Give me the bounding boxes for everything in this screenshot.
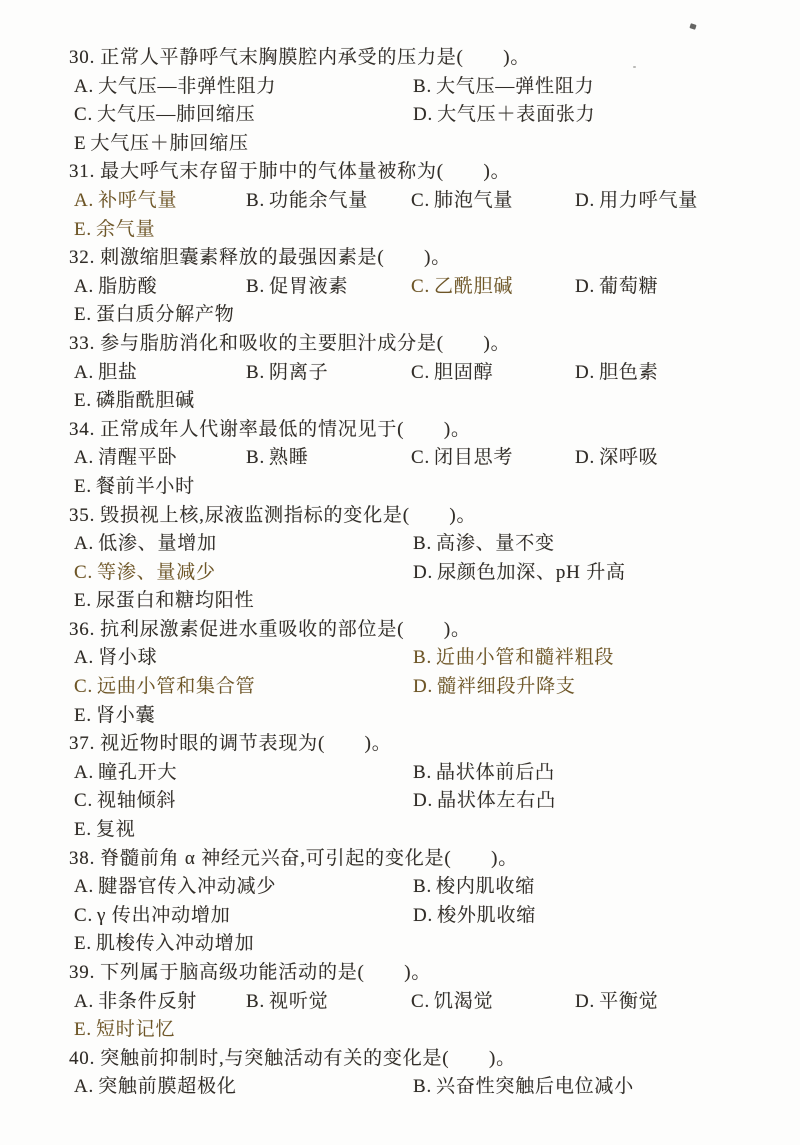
- option-text: 大气压—非弹性阻力: [98, 76, 276, 97]
- option-label: C.: [411, 447, 430, 468]
- question-number: 32.: [69, 247, 95, 268]
- option-text: 视轴倾斜: [97, 790, 176, 811]
- answer-option: A.脂肪酸: [74, 273, 157, 302]
- answer-option: C.肺泡气量: [411, 187, 513, 216]
- answer-option: A.低渗、量增加: [74, 530, 217, 559]
- option-row: E.蛋白质分解产物: [0, 301, 800, 330]
- answer-option: C.等渗、量减少: [74, 559, 216, 588]
- answer-option: C.γ 传出冲动增加: [74, 902, 231, 931]
- answer-option: E.肾小囊: [74, 702, 155, 731]
- question-stem: 33.参与脂肪消化和吸收的主要胆汁成分是( )。: [69, 330, 510, 359]
- option-label: D.: [413, 104, 433, 125]
- question-number: 38.: [69, 848, 95, 869]
- option-label: B.: [413, 762, 432, 783]
- answer-option: B.高渗、量不变: [413, 530, 555, 559]
- option-text: 尿颜色加深、pH 升高: [437, 562, 626, 583]
- question-text: 正常成年人代谢率最低的情况见于( )。: [100, 419, 471, 440]
- answer-option: C.乙酰胆碱: [411, 273, 513, 302]
- option-row: A.胆盐B.阴离子C.胆固醇D.胆色素: [0, 359, 800, 388]
- option-text: 闭目思考: [434, 447, 513, 468]
- question-stem: 38.脊髓前角 α 神经元兴奋,可引起的变化是( )。: [69, 845, 518, 874]
- option-label: A.: [74, 276, 94, 297]
- option-text: 胆色素: [599, 362, 658, 383]
- option-text: 用力呼气量: [599, 190, 698, 211]
- option-row: A.肾小球B.近曲小管和髓袢粗段: [0, 644, 800, 673]
- question-stem: 36.抗利尿激素促进水重吸收的部位是( )。: [69, 616, 471, 645]
- answer-option: E.余气量: [74, 216, 155, 245]
- question-text: 毁损视上核,尿液监测指标的变化是( )。: [100, 505, 476, 526]
- option-text: 磷脂酰胆碱: [96, 390, 195, 411]
- question-line: 36.抗利尿激素促进水重吸收的部位是( )。: [0, 616, 800, 645]
- option-text: 晶状体左右凸: [437, 790, 556, 811]
- option-text: 阴离子: [269, 362, 328, 383]
- option-text: 瞳孔开大: [98, 762, 177, 783]
- option-row: A.瞳孔开大B.晶状体前后凸: [0, 759, 800, 788]
- answer-option: C.胆固醇: [411, 359, 493, 388]
- answer-option: E.尿蛋白和糖均阳性: [74, 587, 254, 616]
- answer-option: B.阴离子: [246, 359, 328, 388]
- option-label: E.: [74, 933, 92, 954]
- question-text: 脊髓前角 α 神经元兴奋,可引起的变化是( )。: [100, 848, 518, 869]
- option-text: 梭内肌收缩: [436, 876, 535, 897]
- question-line: 33.参与脂肪消化和吸收的主要胆汁成分是( )。: [0, 330, 800, 359]
- option-text: 肾小球: [98, 647, 157, 668]
- option-row: A.脂肪酸B.促胃液素C.乙酰胆碱D.葡萄糖: [0, 273, 800, 302]
- option-row: A.清醒平卧B.熟睡C.闭目思考D.深呼吸: [0, 444, 800, 473]
- option-text: 短时记忆: [96, 1019, 175, 1040]
- answer-option: B.兴奋性突触后电位减小: [413, 1073, 634, 1102]
- option-text: 补呼气量: [98, 190, 177, 211]
- option-label: E: [74, 133, 86, 154]
- option-text: 余气量: [96, 219, 155, 240]
- option-text: 大气压＋表面张力: [437, 104, 595, 125]
- option-text: 近曲小管和髓袢粗段: [436, 647, 614, 668]
- option-label: B.: [246, 276, 265, 297]
- question-line: 40.突触前抑制时,与突触活动有关的变化是( )。: [0, 1045, 800, 1074]
- answer-option: A.腱器官传入冲动减少: [74, 873, 276, 902]
- option-label: D.: [413, 676, 433, 697]
- option-label: B.: [246, 362, 265, 383]
- option-label: C.: [411, 276, 430, 297]
- question-line: 34.正常成年人代谢率最低的情况见于( )。: [0, 416, 800, 445]
- option-text: 乙酰胆碱: [434, 276, 513, 297]
- option-row: E.肾小囊: [0, 702, 800, 731]
- question-text: 刺激缩胆囊素释放的最强因素是( )。: [100, 247, 451, 268]
- option-label: B.: [413, 1076, 432, 1097]
- option-label: A.: [74, 76, 94, 97]
- question-stem: 34.正常成年人代谢率最低的情况见于( )。: [69, 416, 471, 445]
- option-row: A.非条件反射B.视听觉C.饥渴觉D.平衡觉: [0, 988, 800, 1017]
- option-label: D.: [575, 447, 595, 468]
- option-text: 梭外肌收缩: [437, 905, 536, 926]
- answer-option: D.晶状体左右凸: [413, 787, 556, 816]
- option-text: 功能余气量: [269, 190, 368, 211]
- question-number: 33.: [69, 333, 95, 354]
- option-text: 低渗、量增加: [98, 533, 217, 554]
- answer-option: D.大气压＋表面张力: [413, 101, 595, 130]
- option-row: E.肌梭传入冲动增加: [0, 930, 800, 959]
- option-row: C.γ 传出冲动增加D.梭外肌收缩: [0, 902, 800, 931]
- option-row: A.突触前膜超极化B.兴奋性突触后电位减小: [0, 1073, 800, 1102]
- option-label: A.: [74, 447, 94, 468]
- option-label: B.: [246, 190, 265, 211]
- question-line: 30.正常人平静呼气末胸膜腔内承受的压力是( )。: [0, 44, 800, 73]
- option-text: 晶状体前后凸: [436, 762, 555, 783]
- answer-option: A.清醒平卧: [74, 444, 177, 473]
- option-text: 大气压—肺回缩压: [97, 104, 255, 125]
- answer-option: B.熟睡: [246, 444, 309, 473]
- option-label: D.: [575, 362, 595, 383]
- question-stem: 39.下列属于脑高级功能活动的是( )。: [69, 959, 431, 988]
- option-text: 蛋白质分解产物: [96, 304, 235, 325]
- option-label: C.: [74, 905, 93, 926]
- answer-option: C.闭目思考: [411, 444, 513, 473]
- question-line: 39.下列属于脑高级功能活动的是( )。: [0, 959, 800, 988]
- option-row: A.腱器官传入冲动减少B.梭内肌收缩: [0, 873, 800, 902]
- question-line: 37.视近物时眼的调节表现为( )。: [0, 730, 800, 759]
- option-text: 视听觉: [269, 991, 328, 1012]
- question-line: 35.毁损视上核,尿液监测指标的变化是( )。: [0, 502, 800, 531]
- option-text: 餐前半小时: [96, 476, 195, 497]
- question-stem: 31.最大呼气末存留于肺中的气体量被称为( )。: [69, 158, 510, 187]
- option-label: C.: [411, 991, 430, 1012]
- option-label: D.: [413, 905, 433, 926]
- question-number: 39.: [69, 962, 95, 983]
- option-label: B.: [413, 76, 432, 97]
- answer-option: D.髓袢细段升降支: [413, 673, 576, 702]
- option-row: E.复视: [0, 816, 800, 845]
- option-text: 突触前膜超极化: [98, 1076, 237, 1097]
- answer-option: A.补呼气量: [74, 187, 177, 216]
- question-text: 抗利尿激素促进水重吸收的部位是( )。: [100, 619, 471, 640]
- question-text: 视近物时眼的调节表现为( )。: [100, 733, 391, 754]
- option-text: 高渗、量不变: [436, 533, 555, 554]
- option-label: B.: [246, 991, 265, 1012]
- answer-option: B.近曲小管和髓袢粗段: [413, 644, 614, 673]
- option-text: 熟睡: [269, 447, 309, 468]
- option-label: E.: [74, 1019, 92, 1040]
- answer-option: A.突触前膜超极化: [74, 1073, 237, 1102]
- option-row: E.余气量: [0, 216, 800, 245]
- option-row: C.远曲小管和集合管D.髓袢细段升降支: [0, 673, 800, 702]
- option-text: 葡萄糖: [599, 276, 658, 297]
- option-label: B.: [413, 533, 432, 554]
- question-stem: 40.突触前抑制时,与突触活动有关的变化是( )。: [69, 1045, 516, 1074]
- option-row: A.低渗、量增加B.高渗、量不变: [0, 530, 800, 559]
- option-text: 髓袢细段升降支: [437, 676, 576, 697]
- option-text: 等渗、量减少: [97, 562, 216, 583]
- answer-option: C.饥渴觉: [411, 988, 493, 1017]
- question-line: 38.脊髓前角 α 神经元兴奋,可引起的变化是( )。: [0, 845, 800, 874]
- option-label: E.: [74, 304, 92, 325]
- option-text: 清醒平卧: [98, 447, 177, 468]
- answer-option: B.晶状体前后凸: [413, 759, 555, 788]
- answer-option: A.非条件反射: [74, 988, 197, 1017]
- answer-option: B.梭内肌收缩: [413, 873, 535, 902]
- option-label: A.: [74, 1076, 94, 1097]
- question-stem: 35.毁损视上核,尿液监测指标的变化是( )。: [69, 502, 476, 531]
- option-label: C.: [74, 104, 93, 125]
- option-label: D.: [413, 562, 433, 583]
- question-number: 30.: [69, 47, 95, 68]
- answer-option: E.餐前半小时: [74, 473, 195, 502]
- answer-option: D.深呼吸: [575, 444, 658, 473]
- answer-option: D.平衡觉: [575, 988, 658, 1017]
- option-text: 肌梭传入冲动增加: [96, 933, 254, 954]
- option-row: C.等渗、量减少D.尿颜色加深、pH 升高: [0, 559, 800, 588]
- question-number: 35.: [69, 505, 95, 526]
- option-label: E.: [74, 390, 92, 411]
- question-line: 31.最大呼气末存留于肺中的气体量被称为( )。: [0, 158, 800, 187]
- question-number: 34.: [69, 419, 95, 440]
- option-row: E.尿蛋白和糖均阳性: [0, 587, 800, 616]
- option-label: B.: [413, 647, 432, 668]
- option-label: C.: [74, 562, 93, 583]
- option-text: 兴奋性突触后电位减小: [436, 1076, 634, 1097]
- question-stem: 32.刺激缩胆囊素释放的最强因素是( )。: [69, 244, 451, 273]
- answer-option: E.肌梭传入冲动增加: [74, 930, 254, 959]
- option-text: 胆盐: [98, 362, 138, 383]
- answer-option: C.远曲小管和集合管: [74, 673, 255, 702]
- option-label: B.: [246, 447, 265, 468]
- question-text: 正常人平静呼气末胸膜腔内承受的压力是( )。: [100, 47, 530, 68]
- option-label: A.: [74, 362, 94, 383]
- scan-speck-artifact: [689, 23, 696, 30]
- option-label: D.: [575, 991, 595, 1012]
- option-row: E.餐前半小时: [0, 473, 800, 502]
- option-text: 非条件反射: [98, 991, 197, 1012]
- option-row: E.短时记忆: [0, 1016, 800, 1045]
- question-text: 最大呼气末存留于肺中的气体量被称为( )。: [100, 161, 510, 182]
- option-text: 促胃液素: [269, 276, 348, 297]
- option-label: A.: [74, 991, 94, 1012]
- option-label: E.: [74, 819, 92, 840]
- option-row: C.大气压—肺回缩压D.大气压＋表面张力: [0, 101, 800, 130]
- option-row: A.大气压—非弹性阻力B.大气压—弹性阻力: [0, 73, 800, 102]
- option-text: 尿蛋白和糖均阳性: [96, 590, 254, 611]
- option-label: A.: [74, 533, 94, 554]
- question-number: 36.: [69, 619, 95, 640]
- answer-option: B.功能余气量: [246, 187, 368, 216]
- option-label: C.: [411, 190, 430, 211]
- answer-option: C.大气压—肺回缩压: [74, 101, 255, 130]
- option-label: C.: [74, 676, 93, 697]
- option-text: 平衡觉: [599, 991, 658, 1012]
- option-text: 饥渴觉: [434, 991, 493, 1012]
- option-text: 脂肪酸: [98, 276, 157, 297]
- answer-option: A.肾小球: [74, 644, 157, 673]
- question-line: 32.刺激缩胆囊素释放的最强因素是( )。: [0, 244, 800, 273]
- answer-option: B.大气压—弹性阻力: [413, 73, 594, 102]
- option-label: B.: [413, 876, 432, 897]
- option-label: E.: [74, 590, 92, 611]
- answer-option: D.梭外肌收缩: [413, 902, 536, 931]
- option-label: D.: [575, 190, 595, 211]
- question-number: 37.: [69, 733, 95, 754]
- answer-option: E.磷脂酰胆碱: [74, 387, 195, 416]
- answer-option: E.复视: [74, 816, 136, 845]
- answer-option: D.葡萄糖: [575, 273, 658, 302]
- option-text: 大气压—弹性阻力: [436, 76, 594, 97]
- option-text: 深呼吸: [599, 447, 658, 468]
- option-text: 远曲小管和集合管: [97, 676, 255, 697]
- option-text: 大气压＋肺回缩压: [90, 133, 248, 154]
- option-text: 复视: [96, 819, 136, 840]
- answer-option: A.大气压—非弹性阻力: [74, 73, 276, 102]
- option-label: E.: [74, 705, 92, 726]
- answer-option: E.蛋白质分解产物: [74, 301, 235, 330]
- option-label: D.: [413, 790, 433, 811]
- option-label: C.: [74, 790, 93, 811]
- answer-option: A.胆盐: [74, 359, 138, 388]
- option-row: E.磷脂酰胆碱: [0, 387, 800, 416]
- option-label: A.: [74, 876, 94, 897]
- question-text: 突触前抑制时,与突触活动有关的变化是( )。: [100, 1048, 516, 1069]
- option-row: A.补呼气量B.功能余气量C.肺泡气量D.用力呼气量: [0, 187, 800, 216]
- answer-option: B.促胃液素: [246, 273, 348, 302]
- option-label: A.: [74, 647, 94, 668]
- question-stem: 30.正常人平静呼气末胸膜腔内承受的压力是( )。: [69, 44, 530, 73]
- option-text: 腱器官传入冲动减少: [98, 876, 276, 897]
- answer-option: A.瞳孔开大: [74, 759, 177, 788]
- answer-option: D.用力呼气量: [575, 187, 698, 216]
- option-label: D.: [575, 276, 595, 297]
- option-label: A.: [74, 190, 94, 211]
- option-row: C.视轴倾斜D.晶状体左右凸: [0, 787, 800, 816]
- question-number: 40.: [69, 1048, 95, 1069]
- answer-option: B.视听觉: [246, 988, 328, 1017]
- option-label: E.: [74, 476, 92, 497]
- exam-content: 30.正常人平静呼气末胸膜腔内承受的压力是( )。A.大气压—非弹性阻力B.大气…: [0, 44, 800, 1102]
- question-text: 参与脂肪消化和吸收的主要胆汁成分是( )。: [100, 333, 510, 354]
- answer-option: E大气压＋肺回缩压: [74, 130, 249, 159]
- answer-option: D.尿颜色加深、pH 升高: [413, 559, 626, 588]
- option-text: 胆固醇: [434, 362, 493, 383]
- option-row: E大气压＋肺回缩压: [0, 130, 800, 159]
- option-text: γ 传出冲动增加: [97, 905, 231, 926]
- option-text: 肺泡气量: [434, 190, 513, 211]
- answer-option: C.视轴倾斜: [74, 787, 176, 816]
- option-label: E.: [74, 219, 92, 240]
- question-stem: 37.视近物时眼的调节表现为( )。: [69, 730, 392, 759]
- scanned-exam-page: 30.正常人平静呼气末胸膜腔内承受的压力是( )。A.大气压—非弹性阻力B.大气…: [0, 0, 800, 1145]
- option-text: 肾小囊: [96, 705, 155, 726]
- question-number: 31.: [69, 161, 95, 182]
- option-label: A.: [74, 762, 94, 783]
- answer-option: E.短时记忆: [74, 1016, 175, 1045]
- question-text: 下列属于脑高级功能活动的是( )。: [100, 962, 431, 983]
- option-label: C.: [411, 362, 430, 383]
- answer-option: D.胆色素: [575, 359, 658, 388]
